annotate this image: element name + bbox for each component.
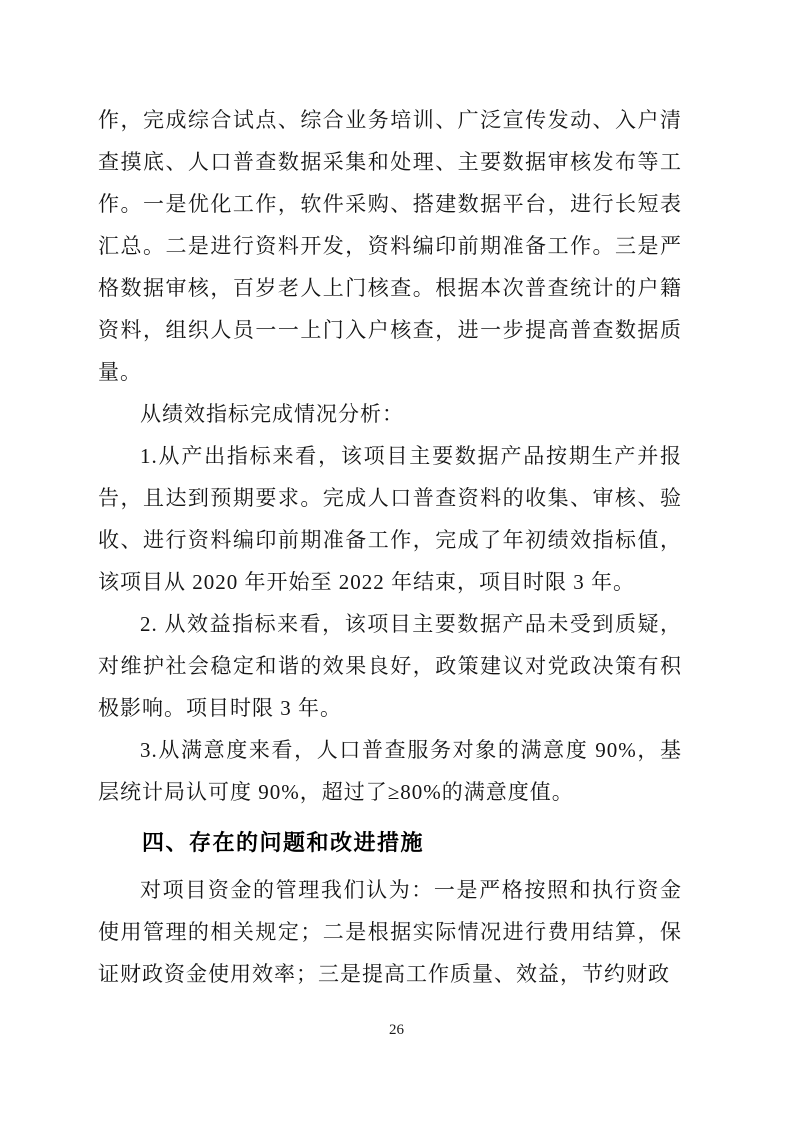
section-heading-problems-and-measures: 四、存在的问题和改进措施 [98, 822, 682, 864]
document-page: 作，完成综合试点、综合业务培训、广泛宣传发动、入户清查摸底、人口普查数据采集和处… [0, 0, 793, 1122]
paragraph-output-indicators: 1.从产出指标来看，该项目主要数据产品按期生产并报告，且达到预期要求。完成人口普… [98, 435, 682, 603]
paragraph-fund-management: 对项目资金的管理我们认为：一是严格按照和执行资金使用管理的相关规定；二是根据实际… [98, 869, 682, 995]
paragraph-continuation: 作，完成综合试点、综合业务培训、广泛宣传发动、入户清查摸底、人口普查数据采集和处… [98, 99, 682, 393]
document-body: 作，完成综合试点、综合业务培训、广泛宣传发动、入户清查摸底、人口普查数据采集和处… [98, 99, 682, 995]
paragraph-satisfaction: 3.从满意度来看，人口普查服务对象的满意度 90%，基层统计局认可度 90%，超… [98, 729, 682, 813]
paragraph-analysis-intro: 从绩效指标完成情况分析： [98, 393, 682, 435]
page-number: 26 [0, 1022, 793, 1039]
paragraph-benefit-indicators: 2. 从效益指标来看，该项目主要数据产品未受到质疑，对维护社会稳定和谐的效果良好… [98, 603, 682, 729]
